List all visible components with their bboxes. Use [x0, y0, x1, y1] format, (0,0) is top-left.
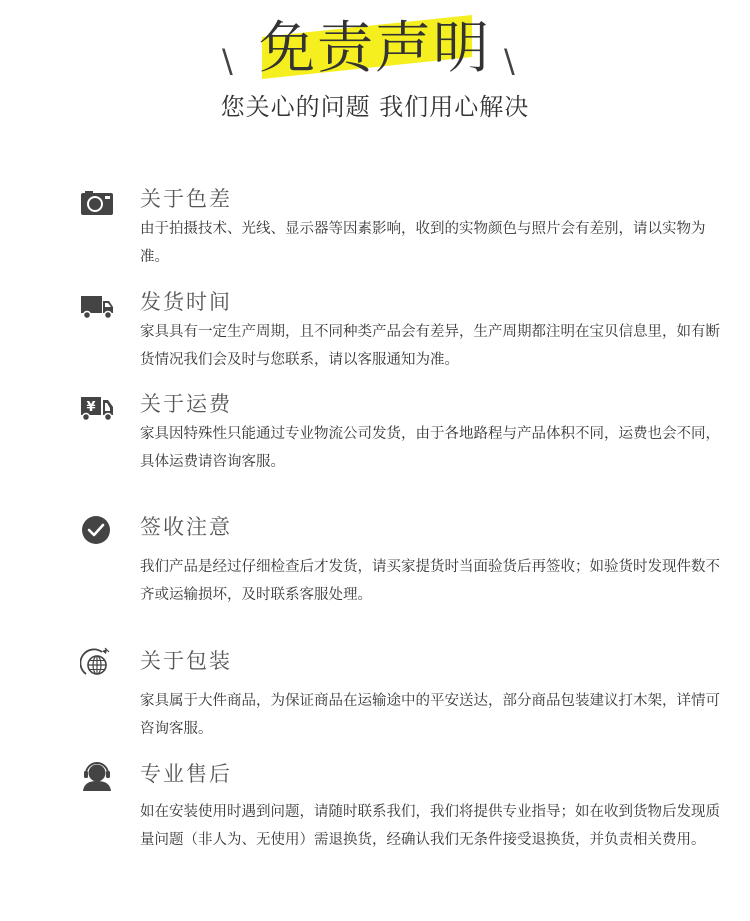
globe-plane-icon — [80, 647, 112, 679]
section-title: 专业售后 — [140, 760, 232, 788]
page-subtitle: 您关心的问题 我们用心解决 — [0, 90, 750, 124]
page-header: \ 免责声明 \ 您关心的问题 我们用心解决 — [0, 0, 750, 140]
section-title: 关于运费 — [140, 390, 232, 418]
section-body: 如在安装使用时遇到问题，请随时联系我们，我们将提供专业指导；如在收到货物后发现质… — [140, 798, 720, 854]
headset-agent-icon — [81, 758, 113, 792]
section-body: 由于拍摄技术、光线、显示器等因素影响，收到的实物颜色与照片会有差别，请以实物为准… — [140, 215, 720, 271]
section-title: 发货时间 — [140, 288, 232, 316]
yuan-truck-icon: ¥ — [80, 394, 114, 424]
section-body: 家具因特殊性只能通过专业物流公司发货，由于各地路程与产品体积不同，运费也会不同，… — [140, 420, 720, 476]
page-title: 免责声明 — [0, 14, 750, 84]
checkmark-circle-icon — [81, 515, 111, 545]
section-title: 签收注意 — [140, 513, 232, 541]
section-body: 家具属于大件商品，为保证商品在运输途中的平安送达，部分商品包装建议打木架，详情可… — [140, 687, 720, 743]
decorative-slash-right: \ — [504, 42, 515, 80]
section-title: 关于包装 — [140, 647, 232, 675]
section-body: 我们产品是经过仔细检查后才发货，请买家提货时当面验货后再签收；如验货时发现件数不… — [140, 553, 720, 609]
camera-icon — [80, 188, 114, 218]
section-title: 关于色差 — [140, 185, 232, 213]
section-body: 家具具有一定生产周期，且不同种类产品会有差异，生产周期都注明在宝贝信息里，如有断… — [140, 318, 720, 374]
truck-icon — [80, 292, 114, 322]
svg-text:¥: ¥ — [86, 400, 95, 415]
